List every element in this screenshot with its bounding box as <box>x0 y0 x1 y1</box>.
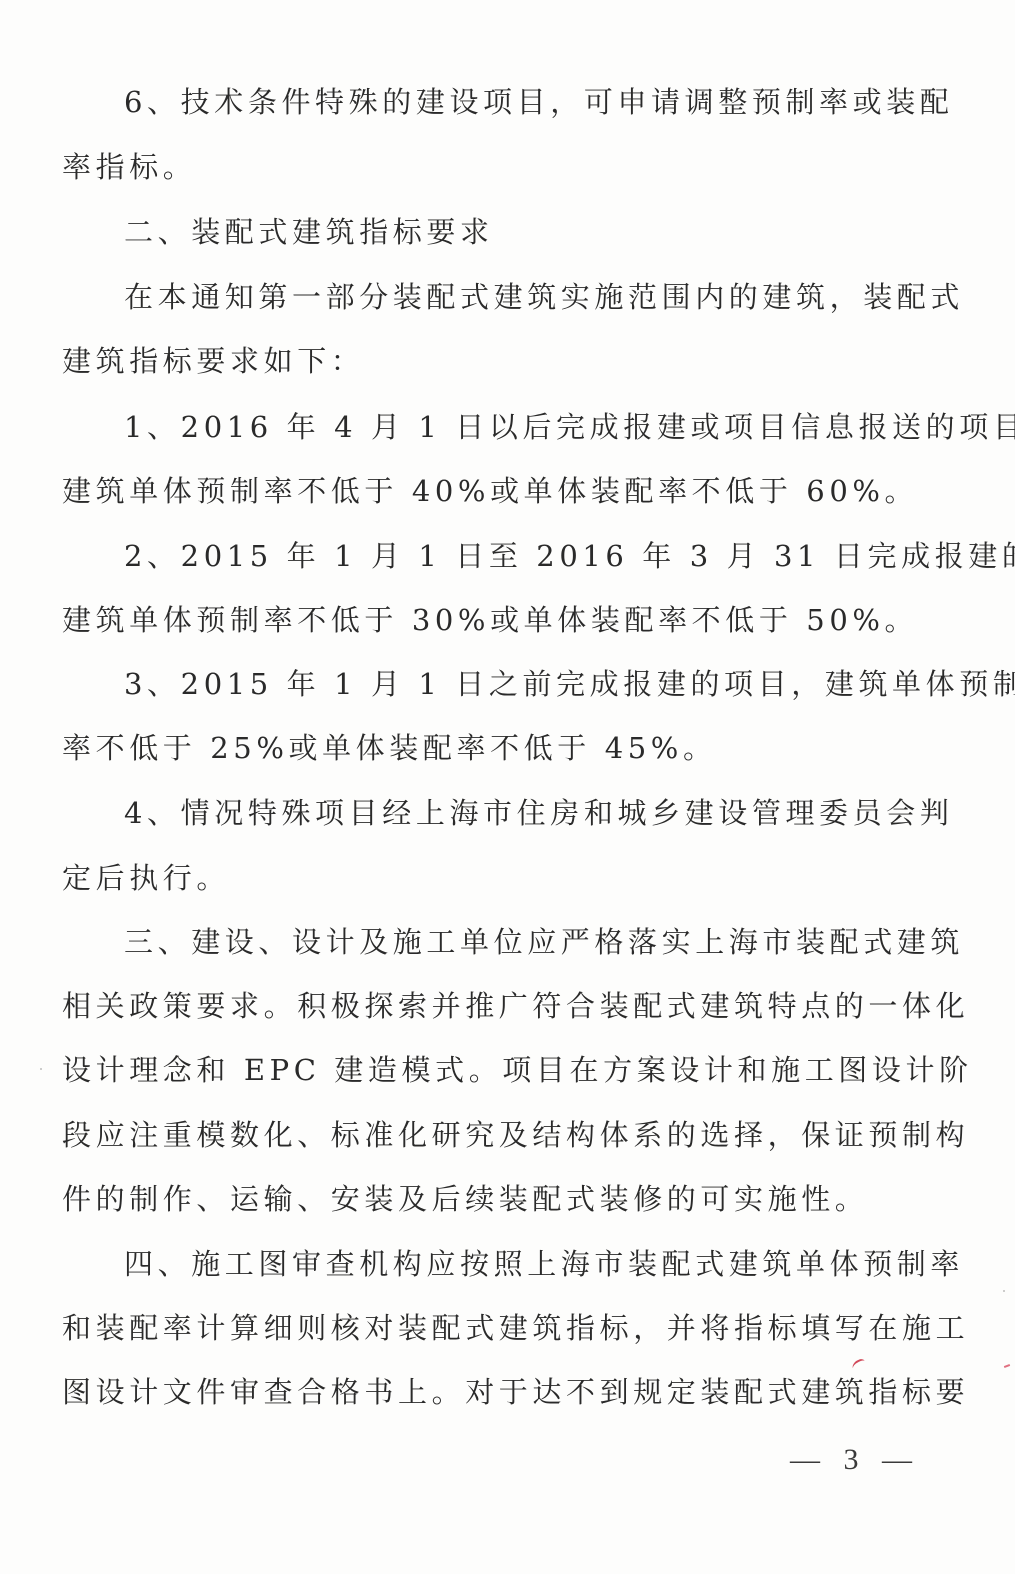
text-line: 率不低于 25%或单体装配率不低于 45%。 <box>62 726 932 770</box>
text-line: 6、技术条件特殊的建设项目，可申请调整预制率或装配 <box>124 80 932 124</box>
text-line: 四、施工图审查机构应按照上海市装配式建筑单体预制率 <box>124 1242 932 1286</box>
text-line: 件的制作、运输、安装及后续装配式装修的可实施性。 <box>62 1177 932 1221</box>
text-line: 设计理念和 EPC 建造模式。项目在方案设计和施工图设计阶 <box>62 1048 932 1092</box>
text-line: 率指标。 <box>62 145 932 189</box>
text-line: 1、2016 年 4 月 1 日以后完成报建或项目信息报送的项目， <box>124 405 932 449</box>
text-line: 三、建设、设计及施工单位应严格落实上海市装配式建筑 <box>124 920 932 964</box>
text-line: 在本通知第一部分装配式建筑实施范围内的建筑，装配式 <box>124 275 932 319</box>
text-line: 相关政策要求。积极探索并推广符合装配式建筑特点的一体化 <box>62 984 932 1028</box>
scan-speck <box>1003 1290 1005 1292</box>
text-line: 二、装配式建筑指标要求 <box>124 210 932 254</box>
text-line: 图设计文件审查合格书上。对于达不到规定装配式建筑指标要 <box>62 1370 932 1414</box>
document-page: 6、技术条件特殊的建设项目，可申请调整预制率或装配率指标。二、装配式建筑指标要求… <box>0 0 1015 1574</box>
text-line: 建筑指标要求如下： <box>62 339 932 383</box>
text-line: 建筑单体预制率不低于 40%或单体装配率不低于 60%。 <box>62 469 932 513</box>
text-line: 2、2015 年 1 月 1 日至 2016 年 3 月 31 日完成报建的项目… <box>124 534 932 578</box>
text-line: 建筑单体预制率不低于 30%或单体装配率不低于 50%。 <box>62 598 932 642</box>
red-pen-mark-edge <box>1004 1364 1010 1368</box>
text-line: 和装配率计算细则核对装配式建筑指标，并将指标填写在施工 <box>62 1306 932 1350</box>
scan-speck <box>40 1068 42 1070</box>
text-line: 3、2015 年 1 月 1 日之前完成报建的项目，建筑单体预制 <box>124 662 932 706</box>
text-line: 段应注重模数化、标准化研究及结构体系的选择，保证预制构 <box>62 1113 932 1157</box>
text-line: 定后执行。 <box>62 856 932 900</box>
page-number: — 3 — <box>790 1438 920 1482</box>
text-line: 4、情况特殊项目经上海市住房和城乡建设管理委员会判 <box>124 791 932 835</box>
